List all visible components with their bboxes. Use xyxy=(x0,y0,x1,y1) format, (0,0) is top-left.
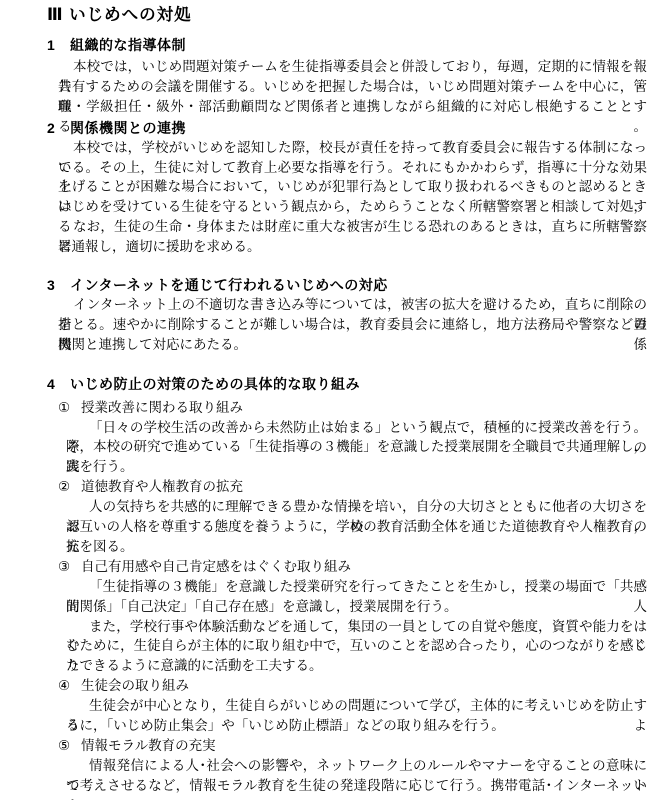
paragraph-line: 人の気持ちを共感的に理解できる豊かな情操を培い，自分の大切さとともに他者の大切さ… xyxy=(66,497,647,517)
item-2-paragraph: 人の気持ちを共感的に理解できる豊かな情操を培い，自分の大切さとともに他者の大切さ… xyxy=(66,497,647,557)
item-4-paragraph: 生徒会が中心となり，生徒自らがいじめの問題について学び，主体的に考えいじめを防止… xyxy=(66,696,647,736)
section-heading-4: 4 いじめ防止の対策のための具体的な取り組み xyxy=(47,374,662,394)
list-item-1: ① 授業改善に関わる取り組み xyxy=(58,398,662,418)
item-label: 生徒会の取り組み xyxy=(81,676,189,696)
section-heading-3: 3 インターネットを通じて行われるいじめへの対応 xyxy=(47,275,662,295)
paragraph-line: て考えさせるなど，情報モラル教育を生徒の発達段階に応じて行う。携帯電話･インター… xyxy=(66,776,647,796)
section-heading-label: いじめ防止の対策のための具体的な取り組み xyxy=(70,374,360,394)
paragraph-line: いる。その上，生徒に対して教育上必要な指導を行う。それにもかかわらず，指導に十分… xyxy=(58,158,647,178)
paragraph-line: に通報し，適切に援助を求める。 xyxy=(58,237,647,257)
paragraph-line: 践を行う。 xyxy=(66,457,647,477)
section-number: 2 xyxy=(47,118,70,138)
paragraph-line: 生徒会が中心となり，生徒自らがいじめの問題について学び，主体的に考えいじめを防止… xyxy=(66,696,647,716)
section-number: 3 xyxy=(47,275,70,295)
paragraph-line: なお，生徒の生命・身体または財産に重大な被害が生じる恐れのあるときは，直ちに所轄… xyxy=(58,217,647,237)
item-label: 道徳教育や人権教育の拡充 xyxy=(81,477,243,497)
list-item-2: ② 道徳教育や人権教育の拡充 xyxy=(58,477,662,497)
section-heading-label: 関係機関との連携 xyxy=(70,118,186,138)
section-heading-label: インターネットを通じて行われるいじめへの対応 xyxy=(70,275,388,295)
item-marker: ③ xyxy=(58,557,81,577)
paragraph-line: 本校では，学校がいじめを認知した際，校長が責任を持って教育委員会に報告する体制に… xyxy=(58,138,647,158)
document-page: Ⅲ いじめへの対処 1 組織的な指導体制 本校では，いじめ問題対策チームを生徒指… xyxy=(0,0,662,800)
item-5-paragraph: 情報発信による人･社会への影響や，ネットワーク上のルールやマナーを守ることの意味… xyxy=(66,756,647,796)
paragraph-line: 職・学級担任・級外・部活動顧問など関係者と連携しながら組織的に対応し根絶すること… xyxy=(58,97,647,117)
paragraph-line: むために，生徒自らが主体的に取り組む中で，互いのことを認め合ったり，心のつながり… xyxy=(66,636,647,656)
section-3-paragraph: インターネット上の不適切な書き込み等については，被害の拡大を避けるため，直ちに削… xyxy=(58,295,647,355)
list-item-3: ③ 自己有用感や自己肯定感をはぐくむ取り組み xyxy=(58,557,662,577)
item-label: 情報モラル教育の充実 xyxy=(81,736,216,756)
item-marker: ① xyxy=(58,398,81,418)
paragraph-line: 本校では，いじめ問題対策チームを生徒指導委員会と併設しており，毎週，定期的に情報… xyxy=(58,57,647,77)
paragraph-line: 充を図る。 xyxy=(66,537,647,557)
paragraph-line: 情報発信による人･社会への影響や，ネットワーク上のルールやマナーを守ることの意味… xyxy=(66,756,647,776)
section-heading-label: 組織的な指導体制 xyxy=(70,35,186,55)
item-1-paragraph: 「日々の学校生活の改善から未然防止は始まる」という観点で，積極的に授業改善を行う… xyxy=(66,418,647,478)
paragraph-line: 上げることが困難な場合において，いじめが犯罪行為として取り扱われるべきものと認め… xyxy=(58,177,647,197)
section-2-paragraph-1: 本校では，学校がいじめを認知した際，校長が責任を持って教育委員会に報告する体制に… xyxy=(58,138,647,218)
paragraph-line: いじめを受けている生徒を守るという観点から，ためらうことなく所轄警察署と相談して… xyxy=(58,197,647,217)
list-item-5: ⑤ 情報モラル教育の充実 xyxy=(58,736,662,756)
section-number: 1 xyxy=(47,35,70,55)
item-label: 自己有用感や自己肯定感をはぐくむ取り組み xyxy=(81,557,351,577)
item-marker: ④ xyxy=(58,676,81,696)
section-heading-1: 1 組織的な指導体制 xyxy=(47,35,662,55)
section-2-paragraph-2: なお，生徒の生命・身体または財産に重大な被害が生じる恐れのあるときは，直ちに所轄… xyxy=(58,217,647,257)
paragraph-line: 「生徒指導の３機能」を意識した授業研究を行ってきたことを生かし，授業の場面で「共… xyxy=(66,577,647,597)
section-1-paragraph: 本校では，いじめ問題対策チームを生徒指導委員会と併設しており，毎週，定期的に情報… xyxy=(58,57,647,117)
paragraph-line: また，学校行事や体験活動などを通して，集団の一員としての自覚や態度，資質や能力を… xyxy=(66,617,647,637)
paragraph-line: 共有するための会議を開催する。いじめを把握した場合は，いじめ問題対策チームを中心… xyxy=(58,77,647,97)
paragraph-line: りできるように意識的に活動を工夫する。 xyxy=(66,656,647,676)
item-label: 授業改善に関わる取り組み xyxy=(81,398,243,418)
paragraph-line: お互いの人格を尊重する態度を養うように，学校の教育活動全体を通じた道徳教育や人権… xyxy=(66,517,647,537)
paragraph-line: をとる。速やかに削除することが難しい場合は，教育委員会に連絡し，地方法務局や警察… xyxy=(58,315,647,335)
item-marker: ② xyxy=(58,477,81,497)
paragraph-line: インターネット上の不適切な書き込み等については，被害の拡大を避けるため，直ちに削… xyxy=(58,295,647,315)
document-title: Ⅲ いじめへの対処 xyxy=(47,5,662,26)
item-3-paragraph-2: また，学校行事や体験活動などを通して，集団の一員としての自覚や態度，資質や能力を… xyxy=(66,617,647,677)
item-3-paragraph-1: 「生徒指導の３機能」を意識した授業研究を行ってきたことを生かし，授業の場面で「共… xyxy=(66,577,647,617)
list-item-4: ④ 生徒会の取り組み xyxy=(58,676,662,696)
item-marker: ⑤ xyxy=(58,736,81,756)
paragraph-line: 「日々の学校生活の改善から未然防止は始まる」という観点で，積極的に授業改善を行う… xyxy=(66,418,647,438)
section-number: 4 xyxy=(47,374,70,394)
paragraph-line: 際，本校の研究で進めている「生徒指導の３機能」を意識した授業展開を全職員で共通理… xyxy=(66,437,647,457)
